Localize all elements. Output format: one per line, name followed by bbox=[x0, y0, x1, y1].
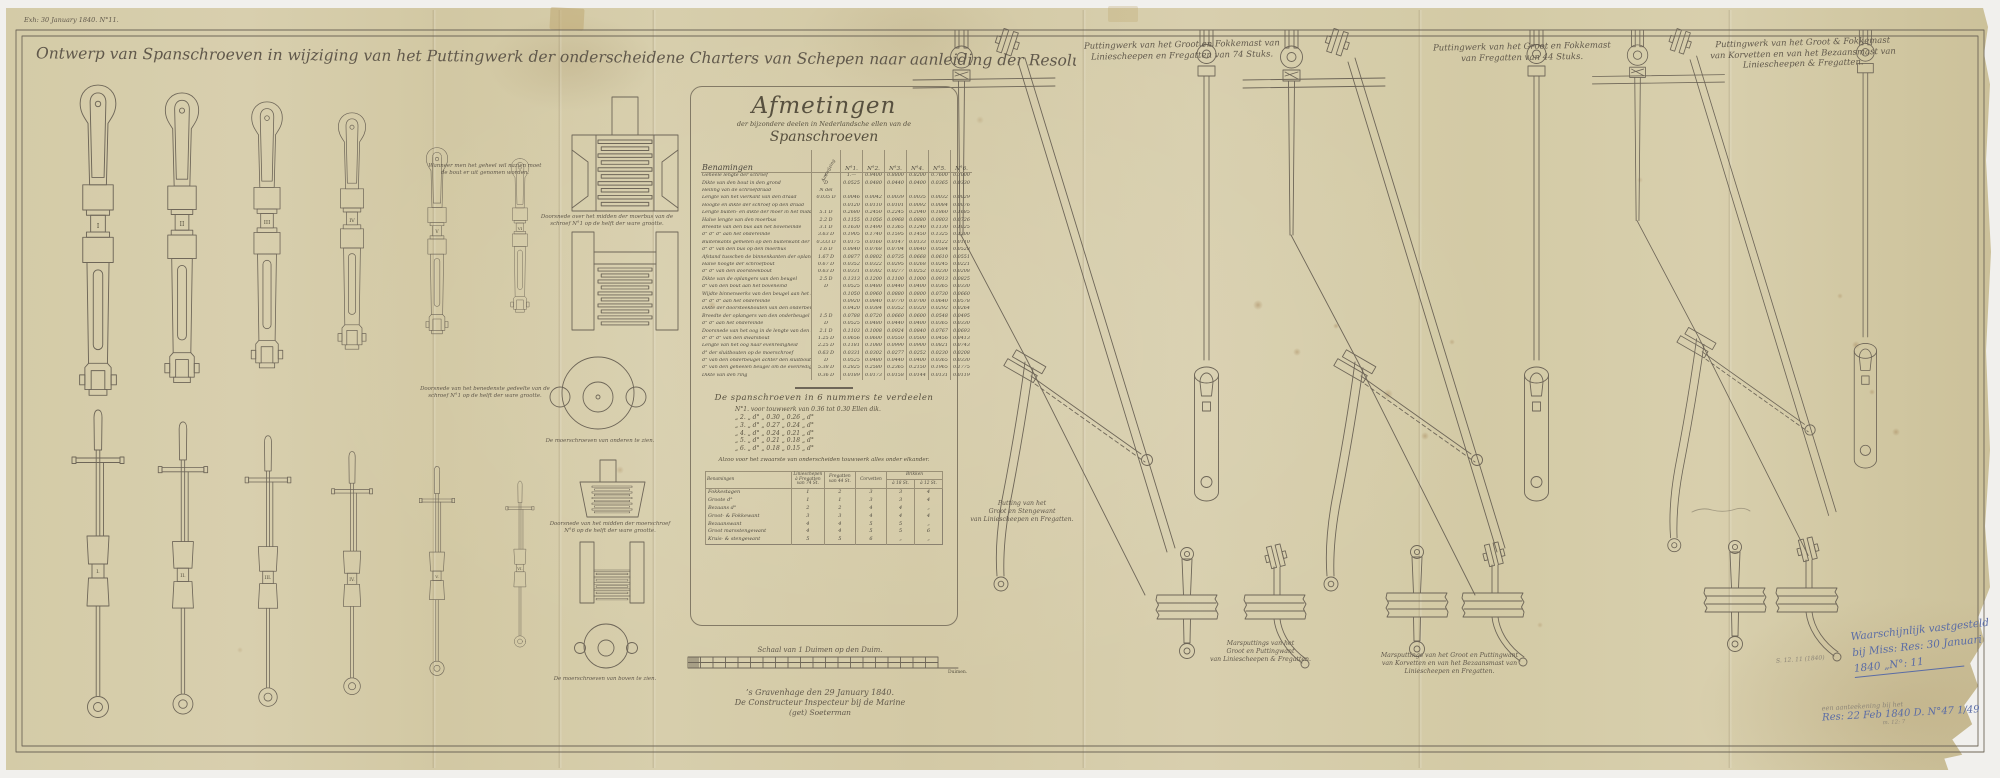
row-name: d° d° d° van den dwarsbout bbox=[701, 336, 812, 343]
row-value: 0.0880 bbox=[885, 291, 907, 298]
puttingwerk-drawing-2 bbox=[1243, 27, 1549, 595]
table-row: Breedte der oplangers van den onderbeuge… bbox=[701, 313, 972, 320]
row-value: 0.0039 bbox=[885, 195, 907, 202]
table-row: Lengte buiten- en dikte der moer in het … bbox=[701, 210, 972, 217]
row-mark bbox=[812, 291, 841, 298]
putting-title-1: Puttingwerk van het Groot en Fokkemast v… bbox=[1062, 38, 1302, 63]
row-value bbox=[929, 188, 951, 195]
row-value: 0.0693 bbox=[951, 328, 973, 335]
row-mark bbox=[812, 306, 841, 313]
usage-row-value: 3 bbox=[887, 497, 915, 505]
caption-line: Groot en Stengewant bbox=[952, 508, 1092, 516]
row-value: 0.8800 bbox=[885, 173, 907, 181]
row-value: 0.0330 bbox=[951, 358, 973, 365]
table-title: Afmetingen bbox=[701, 93, 947, 119]
row-name: d° d° d° aan het ondereinde bbox=[701, 299, 812, 306]
row-value: 0.0548 bbox=[929, 313, 951, 320]
row-value: 0.0877 bbox=[841, 254, 863, 261]
usage-row-value: 2 bbox=[792, 505, 825, 513]
row-value: 0.0221 bbox=[951, 262, 973, 269]
signature-line: ’s Gravenhage den 29 January 1840. bbox=[695, 688, 945, 698]
row-mark: D bbox=[812, 358, 841, 365]
row-value: 0.1056 bbox=[863, 217, 885, 224]
usage-row-value: 3 bbox=[855, 489, 886, 497]
usage-row-value: 1 bbox=[792, 497, 825, 505]
table-row: d° van den bout aan het boveneindD0.0525… bbox=[701, 284, 972, 291]
row-value: 0.0076 bbox=[951, 203, 973, 210]
usage-row-name: Bezaanswant bbox=[706, 520, 792, 528]
row-value: 0.0330 bbox=[951, 180, 973, 187]
row-mark: 2.1 D bbox=[812, 328, 841, 335]
dimension-table-head: Benamingen Aanwijzing N°1. N°2. N°3. N°4… bbox=[701, 150, 972, 173]
table-row: d° van den onderbeugel achter den sluitb… bbox=[701, 358, 972, 365]
table-row: d° van den geheelen beugel om de evenred… bbox=[701, 365, 972, 372]
row-value: 0.0158 bbox=[885, 373, 907, 380]
putting-title-3: Puttingwerk van het Groot & Fokkemast va… bbox=[1678, 35, 1929, 73]
row-mark: 1.67 D bbox=[812, 254, 841, 261]
row-value: 0.1130 bbox=[929, 225, 951, 232]
row-name: Dikte van de oplangers van den beugel bbox=[701, 276, 812, 283]
series-line: „ 6. „ d° „ 0.18 „ 0.15 „ d° bbox=[735, 445, 947, 453]
row-name: d° d° van den bus op den moerbus bbox=[701, 247, 812, 254]
row-value: 0.0735 bbox=[885, 254, 907, 261]
row-name: d° d° aan het ondereinde bbox=[701, 321, 812, 328]
usage-row-value: 4 bbox=[915, 512, 943, 520]
table-row: Halve hoogte der schroefbout0.67 D0.0352… bbox=[701, 262, 972, 269]
row-value: 0.0119 bbox=[951, 373, 973, 380]
usage-header-col2: Fregatten van 44 St. bbox=[824, 471, 855, 488]
puttingwerk-drawing-3 bbox=[1592, 27, 1876, 555]
turnbuckle-front-row: I II III IV V VI bbox=[80, 85, 529, 395]
row-value: 0.0551 bbox=[951, 254, 973, 261]
putting-title-2: Puttingwerk van het Groot en Fokkemast v… bbox=[1412, 40, 1632, 65]
turnbuckle-label: I. bbox=[96, 569, 100, 575]
signature-line: (get) Soeterman bbox=[695, 708, 945, 717]
usage-row-name: Groote d° bbox=[706, 497, 792, 505]
row-value: 0.0768 bbox=[863, 247, 885, 254]
row-mark: 0.36 D bbox=[812, 373, 841, 380]
row-value: 0.1775 bbox=[951, 365, 973, 372]
table-row: Afstand tusschen de binnenkanten der opl… bbox=[701, 254, 972, 261]
row-value: 0.2150 bbox=[907, 365, 929, 372]
row-value: 0.7000 bbox=[951, 173, 973, 181]
col-header-benamingen: Benamingen bbox=[701, 150, 812, 173]
usage-row-value: 4 bbox=[792, 528, 825, 536]
usage-header-col1: Linieschepen à Fregatten van 74 St. bbox=[792, 471, 825, 488]
series-footnote: Alzoo voor het zwaarste van onderscheide… bbox=[701, 457, 947, 463]
row-mark: D bbox=[812, 284, 841, 291]
usage-row: Kruis- & stengewant556„„ bbox=[706, 536, 943, 544]
usage-row-value: 1 bbox=[824, 497, 855, 505]
usage-row-value: 2 bbox=[824, 505, 855, 513]
usage-row-value: 5 bbox=[887, 528, 915, 536]
row-value: 0.1240 bbox=[907, 225, 929, 232]
usage-header-sub1: à 18 St. bbox=[887, 480, 915, 489]
row-value: 0.2365 bbox=[885, 365, 907, 372]
turnbuckle-label: IV bbox=[349, 218, 355, 224]
usage-table: Benamingen Linieschepen à Fregatten van … bbox=[705, 471, 943, 545]
row-name: d° der sluitbouten op de moerschroef bbox=[701, 350, 812, 357]
col-header-n4: N°4. bbox=[907, 150, 929, 173]
row-value: 0.0528 bbox=[951, 247, 973, 254]
table-row: Halve lengte van den moerbus2.2 D0.11550… bbox=[701, 217, 972, 224]
usage-header-group: Brikken bbox=[887, 471, 943, 480]
row-value: 0.0230 bbox=[929, 269, 951, 276]
row-value: 0.0252 bbox=[907, 269, 929, 276]
ruler-unit-label: Duimen. bbox=[948, 669, 968, 675]
usage-row-value: 3 bbox=[887, 489, 915, 497]
row-value: 0.0295 bbox=[885, 262, 907, 269]
col-header-n1: N°1. bbox=[841, 150, 863, 173]
row-value bbox=[885, 188, 907, 195]
row-value: 0.0035 bbox=[907, 195, 929, 202]
row-name: d° d° d° aan het ondereinde bbox=[701, 232, 812, 239]
row-value: 0.0924 bbox=[885, 328, 907, 335]
row-value: 0.0480 bbox=[863, 321, 885, 328]
row-value: 0.0352 bbox=[885, 306, 907, 313]
note-plan-large: Doorsnede van het benedenste gedeelte va… bbox=[420, 386, 550, 400]
row-value: 0.0330 bbox=[951, 284, 973, 291]
row-value bbox=[951, 188, 973, 195]
row-value: 0.0032 bbox=[929, 195, 951, 202]
row-value: 0.0704 bbox=[885, 247, 907, 254]
row-value: 0.0880 bbox=[907, 217, 929, 224]
series-lines: N°1. voor touwwerk van 0.36 tot 0.30 Ell… bbox=[735, 406, 947, 453]
table-row: Geheele lengte der schroefL1.—0.94000.88… bbox=[701, 173, 972, 181]
row-value bbox=[907, 188, 929, 195]
detail-caption-3: Marsputtings van het Groot en Puttingwan… bbox=[1352, 652, 1547, 675]
series-line: „ 4. „ d° „ 0.24 „ 0.21 „ d° bbox=[735, 430, 947, 438]
row-mark: 0.035 D bbox=[812, 195, 841, 202]
series-line: „ 5. „ d° „ 0.21 „ 0.18 „ d° bbox=[735, 437, 947, 445]
col-header-mark: Aanwijzing bbox=[812, 150, 841, 173]
row-value: 0.0046 bbox=[841, 195, 863, 202]
caption-line: Doorsnede van het midden der moerschroef bbox=[530, 521, 690, 528]
table-row: Dikte van den bout in den grondD0.05250.… bbox=[701, 180, 972, 187]
row-value: 0.0420 bbox=[841, 306, 863, 313]
row-value: 0.0029 bbox=[951, 195, 973, 202]
usage-row: Groot- & Fokkewant33444 bbox=[706, 512, 943, 520]
row-value: 0.0400 bbox=[907, 180, 929, 187]
row-value: 0.1181 bbox=[841, 343, 863, 350]
row-mark: 5.38 D bbox=[812, 365, 841, 372]
row-value: 0.0525 bbox=[841, 284, 863, 291]
scale-caption: Schaal van 1 Duimen op den Duim. bbox=[700, 646, 940, 655]
row-value: 0.0230 bbox=[929, 350, 951, 357]
col-header-n5: N°5. bbox=[929, 150, 951, 173]
row-value: 0.2040 bbox=[907, 210, 929, 217]
red-pencil-mark bbox=[1692, 508, 1750, 512]
row-value: 0.0730 bbox=[929, 291, 951, 298]
row-value: 0.1200 bbox=[951, 232, 973, 239]
row-mark bbox=[812, 203, 841, 210]
turnbuckle-label: VI bbox=[517, 226, 523, 231]
row-value: 0.1965 bbox=[929, 365, 951, 372]
row-value: 0.0131 bbox=[929, 373, 951, 380]
scale-ruler: Duimen. bbox=[688, 657, 968, 675]
row-value: 0.0110 bbox=[951, 240, 973, 247]
row-value: 0.1313 bbox=[841, 276, 863, 283]
caption-line: Liniescheepen en Fregatten. bbox=[1352, 668, 1547, 676]
table-row: d° d° van den bus op den moerbus1.6 D0.0… bbox=[701, 247, 972, 254]
row-value: 0.0767 bbox=[929, 328, 951, 335]
table-row: d° d° d° aan het ondereinde3.63 D0.19050… bbox=[701, 232, 972, 239]
caption-line: van Liniescheepen & Fregatten. bbox=[1188, 656, 1333, 664]
scanned-drawing-page: I II III IV V VI I. II. III. IV. V. VI. bbox=[0, 0, 2000, 778]
signature-line: De Constructeur Inspecteur bij de Marine bbox=[695, 698, 945, 708]
row-name: Afstand tusschen de binnenkanten der opl… bbox=[701, 254, 812, 261]
col-header-n3: N°3. bbox=[885, 150, 907, 173]
usage-header-col3: Corvetten bbox=[855, 471, 886, 488]
row-value: 0.0803 bbox=[929, 217, 951, 224]
row-mark: 0.63 D bbox=[812, 269, 841, 276]
row-value: 0.0302 bbox=[863, 269, 885, 276]
table-row: Helling van de schroefdraadN del bbox=[701, 188, 972, 195]
usage-row-value: „ bbox=[915, 536, 943, 544]
usage-row-name: Bezaans d° bbox=[706, 505, 792, 513]
usage-row: Groot marsstengewant44556 bbox=[706, 528, 943, 536]
row-mark: 0.63 D bbox=[812, 350, 841, 357]
row-value: 0.0495 bbox=[951, 313, 973, 320]
row-value: 0.0352 bbox=[841, 262, 863, 269]
usage-header-benamingen: Benamingen bbox=[706, 471, 792, 488]
row-value: 0.0968 bbox=[885, 217, 907, 224]
row-value: 1.— bbox=[841, 173, 863, 181]
table-row: Dikte van de oplangers van den beugel2.5… bbox=[701, 276, 972, 283]
table-row: Dikte der doorsteekbouten van den onderb… bbox=[701, 306, 972, 313]
usage-table-body: Fokkestagen12334Groote d°11334Bezaans d°… bbox=[706, 489, 943, 545]
row-value: 0.0160 bbox=[863, 240, 885, 247]
row-name: Buitenkants gemeten op den buitenkant de… bbox=[701, 240, 812, 247]
row-value: 0.0656 bbox=[841, 336, 863, 343]
archival-mark: Exh: 30 January 1840. N°11. bbox=[24, 16, 119, 24]
caption-line: van Korvetten en van het Bezaansmast van bbox=[1352, 660, 1547, 668]
dimension-table: Benamingen Aanwijzing N°1. N°2. N°3. N°4… bbox=[701, 150, 972, 380]
note-line: Wanneer men het geheel wil nazien moet bbox=[424, 163, 546, 170]
usage-row-value: 3 bbox=[855, 497, 886, 505]
row-value: 0.7600 bbox=[929, 173, 951, 181]
row-mark: 0.67 D bbox=[812, 262, 841, 269]
usage-row: Groote d°11334 bbox=[706, 497, 943, 505]
row-name: d° van den onderbeugel achter den sluitb… bbox=[701, 358, 812, 365]
caption-line: Doorsnede over het midden der moerbus va… bbox=[532, 214, 682, 221]
turnbuckle-label: III. bbox=[265, 575, 272, 581]
row-value: 0.0413 bbox=[951, 336, 973, 343]
row-value: 0.0122 bbox=[929, 240, 951, 247]
row-value: 0.0110 bbox=[863, 203, 885, 210]
row-name: Halve hoogte der schroefbout bbox=[701, 262, 812, 269]
table-row: Lengte van het vierkant van den draad0.0… bbox=[701, 195, 972, 202]
row-mark: 1.5 D bbox=[812, 313, 841, 320]
row-value: 0.0384 bbox=[863, 306, 885, 313]
usage-row-value: 4 bbox=[915, 497, 943, 505]
usage-row-value: „ bbox=[915, 520, 943, 528]
row-value: 0.0092 bbox=[907, 203, 929, 210]
row-value: 0.0920 bbox=[841, 299, 863, 306]
usage-row-value: 3 bbox=[824, 512, 855, 520]
row-mark: D bbox=[812, 321, 841, 328]
signature-block: ’s Gravenhage den 29 January 1840. De Co… bbox=[695, 688, 945, 717]
row-value: 0.0900 bbox=[907, 343, 929, 350]
usage-row-value: 4 bbox=[824, 520, 855, 528]
caption-section-small: Doorsnede van het midden der moerschroef… bbox=[530, 521, 690, 535]
row-value bbox=[863, 188, 885, 195]
table-subject: Spanschroeven bbox=[701, 129, 947, 145]
row-value: 0.0440 bbox=[885, 358, 907, 365]
caption-line: Groot en Puttingwant bbox=[1188, 648, 1333, 656]
usage-row-value: 2 bbox=[824, 489, 855, 497]
detail-caption-2: Marsputtings van het Groot en Puttingwan… bbox=[1188, 640, 1333, 663]
caption-section-large: Doorsnede over het midden der moerbus va… bbox=[532, 214, 682, 228]
row-mark: 2.5 D bbox=[812, 276, 841, 283]
row-value: 0.0042 bbox=[863, 195, 885, 202]
row-value: 0.0365 bbox=[929, 358, 951, 365]
usage-row-value: 3 bbox=[792, 512, 825, 520]
row-value: 0.1200 bbox=[863, 276, 885, 283]
row-value: 0.1008 bbox=[863, 328, 885, 335]
turnbuckle-label: VI. bbox=[516, 566, 522, 571]
row-value: 0.1860 bbox=[929, 210, 951, 217]
table-row: Doorsnede van het oog in de lengte van d… bbox=[701, 328, 972, 335]
row-value: 0.1595 bbox=[885, 232, 907, 239]
row-value: 0.0578 bbox=[951, 299, 973, 306]
row-value: 0.0840 bbox=[907, 328, 929, 335]
series-heading: De spanschroeven in 6 nummers te verdeel… bbox=[701, 393, 947, 403]
row-value: 0.0525 bbox=[841, 180, 863, 187]
row-value: 0.0101 bbox=[885, 203, 907, 210]
row-value: 0.0173 bbox=[863, 373, 885, 380]
screw-section-details bbox=[550, 97, 678, 668]
usage-row-name: Kruis- & stengewant bbox=[706, 536, 792, 544]
row-name: Halve lengte van den moerbus bbox=[701, 217, 812, 224]
caption-line: Marsputtings van het bbox=[1188, 640, 1333, 648]
row-value: 0.0840 bbox=[863, 299, 885, 306]
row-name: Breedte der oplangers van den onderbeuge… bbox=[701, 313, 812, 320]
row-value: 0.0770 bbox=[885, 299, 907, 306]
turnbuckle-label: V. bbox=[434, 574, 438, 579]
row-value: 0.0825 bbox=[951, 276, 973, 283]
usage-row-value: 4 bbox=[824, 528, 855, 536]
dimension-table-panel: Afmetingen der bijzondere deelen in Nede… bbox=[690, 86, 958, 626]
usage-row-value: 4 bbox=[887, 505, 915, 513]
usage-header-sub2: à 12 St. bbox=[915, 480, 943, 489]
row-value: 0.0245 bbox=[929, 262, 951, 269]
row-value: 0.0668 bbox=[907, 254, 929, 261]
turnbuckle-label: IV. bbox=[349, 578, 355, 583]
row-value: 0.0440 bbox=[885, 284, 907, 291]
row-mark: 2.2 D bbox=[812, 217, 841, 224]
row-name: Hoogte en dikte der schroef op den draad bbox=[701, 203, 812, 210]
row-value: 0.0322 bbox=[863, 262, 885, 269]
row-value: 0.0400 bbox=[907, 284, 929, 291]
row-value: 0.0147 bbox=[885, 240, 907, 247]
table-row: d° d° d° van den dwarsbout1.25 D0.06560.… bbox=[701, 336, 972, 343]
line-art: I II III IV V VI I. II. III. IV. V. VI. bbox=[0, 0, 2000, 778]
table-row: Hoogte en dikte der schroef op den draad… bbox=[701, 203, 972, 210]
caption-plan-small: De moerschroeven van boven te zien. bbox=[535, 676, 675, 683]
row-name: d° d° van den doorsteekbout bbox=[701, 269, 812, 276]
row-value: 0.0640 bbox=[929, 299, 951, 306]
row-value: 0.0913 bbox=[929, 276, 951, 283]
row-value: 0.1080 bbox=[863, 343, 885, 350]
usage-row-value: 6 bbox=[915, 528, 943, 536]
row-value: 0.1365 bbox=[885, 225, 907, 232]
row-mark: 2.25 D bbox=[812, 343, 841, 350]
row-value: 0.0743 bbox=[951, 343, 973, 350]
series-line: N°1. voor touwwerk van 0.36 tot 0.30 Ell… bbox=[735, 406, 947, 414]
usage-table-head: Benamingen Linieschepen à Fregatten van … bbox=[706, 471, 943, 488]
row-value: 0.0400 bbox=[907, 321, 929, 328]
note-line: schroef N°1 op de helft der ware grootte… bbox=[420, 393, 550, 400]
row-value: 0.0720 bbox=[863, 313, 885, 320]
usage-row: Fokkestagen12334 bbox=[706, 489, 943, 497]
row-value: 0.0550 bbox=[885, 336, 907, 343]
row-value: 0.0252 bbox=[907, 350, 929, 357]
row-name: Breedte van den bus aan het boveneinde bbox=[701, 225, 812, 232]
row-mark: 3.1 D bbox=[812, 225, 841, 232]
usage-row-value: 4 bbox=[915, 489, 943, 497]
usage-row-value: 4 bbox=[792, 520, 825, 528]
row-value: 0.1450 bbox=[907, 232, 929, 239]
row-value: 0.0960 bbox=[863, 291, 885, 298]
row-value: 0.0292 bbox=[929, 306, 951, 313]
row-value: 0.0584 bbox=[929, 247, 951, 254]
usage-row-value: „ bbox=[915, 505, 943, 513]
turnbuckle-label: V bbox=[434, 229, 439, 235]
usage-row-value: 4 bbox=[855, 512, 886, 520]
row-value: 0.0084 bbox=[929, 203, 951, 210]
table-row: Buitenkants gemeten op den buitenkant de… bbox=[701, 240, 972, 247]
row-value: 0.0640 bbox=[907, 247, 929, 254]
row-value: 0.0660 bbox=[951, 291, 973, 298]
table-row: d° d° aan het ondereindeD0.05250.04800.0… bbox=[701, 321, 972, 328]
row-value: 0.2825 bbox=[841, 365, 863, 372]
row-value: 0.0302 bbox=[863, 350, 885, 357]
usage-row: Bezaans d°2244„ bbox=[706, 505, 943, 513]
row-name: Wijdte binnenwerks van den beugel aan he… bbox=[701, 291, 812, 298]
row-value: 0.9400 bbox=[863, 173, 885, 181]
usage-row-value: 5 bbox=[792, 536, 825, 544]
table-subtitle: der bijzondere deelen in Nederlandsche e… bbox=[701, 120, 947, 128]
row-value: 0.0525 bbox=[841, 358, 863, 365]
row-mark: N del bbox=[812, 188, 841, 195]
row-mark: 1.25 D bbox=[812, 336, 841, 343]
table-row: Dikte van den ring0.36 D0.01890.01730.01… bbox=[701, 373, 972, 380]
usage-row-value: 5 bbox=[887, 520, 915, 528]
table-row: Lengte van het oog naar evenredigheid2.2… bbox=[701, 343, 972, 350]
row-value: 0.1740 bbox=[863, 232, 885, 239]
table-row: d° d° van den doorsteekbout0.63 D0.03310… bbox=[701, 269, 972, 276]
row-value: 0.2245 bbox=[885, 210, 907, 217]
usage-row-value: „ bbox=[887, 536, 915, 544]
row-name: Dikte van den bout in den grond bbox=[701, 180, 812, 187]
row-name: Lengte buiten- en dikte der moer in het … bbox=[701, 210, 812, 217]
row-value: 0.0821 bbox=[929, 343, 951, 350]
row-value: 0.0440 bbox=[885, 180, 907, 187]
usage-row-value: 5 bbox=[855, 520, 886, 528]
turnbuckle-label: II. bbox=[180, 573, 186, 579]
row-value: 0.0480 bbox=[863, 180, 885, 187]
row-value: 0.1630 bbox=[841, 225, 863, 232]
row-name: Dikte van den ring bbox=[701, 373, 812, 380]
row-value: 0.0600 bbox=[863, 336, 885, 343]
row-value: 0.0700 bbox=[907, 299, 929, 306]
note-line: Doorsnede van het benedenste gedeelte va… bbox=[420, 386, 550, 393]
turnbuckle-label: III bbox=[264, 220, 271, 226]
row-value: 0.2580 bbox=[863, 365, 885, 372]
caption-line: van Liniescheepen en Fregatten. bbox=[952, 516, 1092, 524]
section-divider bbox=[795, 387, 853, 389]
